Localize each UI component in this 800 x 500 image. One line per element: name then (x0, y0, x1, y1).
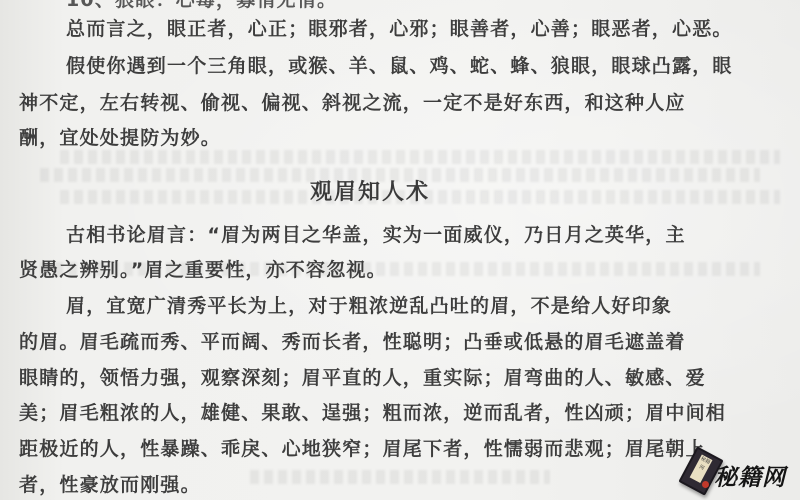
paragraph-line: 总而言之，眼正者，心正；眼邪者，心邪；眼善者，心善；眼恶者，心恶。 (66, 18, 733, 40)
watermark-brand-text: 秘籍网 (714, 459, 786, 492)
paragraph-line: 美；眉毛粗浓的人，雄健、果敢、逞强；粗而浓，逆而乱者，性凶顽；眉中间相 (19, 402, 726, 424)
book-label: 秘籍网 (690, 454, 713, 483)
paragraph-line: 酬，宜处处提防为妙。 (19, 127, 221, 149)
paragraph-line: 古相书论眉言：“眉为两目之华盖，实为一面威仪，乃日月之英华，主 (66, 224, 686, 246)
cut-off-line: 10、狼眼：心毒，寡情无情。 (66, 0, 337, 11)
paragraph-line: 者，性豪放而刚强。 (19, 474, 201, 496)
paragraph-line: 眼睛的，领悟力强，观察深刻；眉平直的人，重实际；眉弯曲的人、敏感、爱 (19, 367, 706, 389)
bleed-through-text (60, 150, 780, 164)
paragraph-line: 贤愚之辨别。”眉之重要性，亦不容忽视。 (19, 259, 387, 281)
section-heading: 观眉知人术 (310, 175, 430, 206)
scanned-book-page: 10、狼眼：心毒，寡情无情。 总而言之，眼正者，心正；眼邪者，心邪；眼善者，心善… (0, 0, 800, 500)
site-watermark: 秘籍网 秘籍网 (672, 447, 800, 500)
paragraph-line: 的眉。眉毛疏而秀、平而阔、秀而长者，性聪明；凸垂或低悬的眉毛遮盖着 (19, 331, 686, 353)
paragraph-line: 神不定，左右转视、偷视、偏视、斜视之流，一定不是好东西，和这种人应 (19, 92, 686, 114)
red-seal-icon (702, 481, 709, 488)
paragraph-line: 眉，宜宽广清秀平长为上，对于粗浓逆乱凸吐的眉，不是给人好印象 (66, 295, 672, 317)
paragraph-line: 假使你遇到一个三角眼，或猴、羊、鼠、鸡、蛇、蜂、狼眼，眼球凸露，眼 (66, 55, 733, 77)
paragraph-line: 距极近的人，性暴躁、乖戾、心地狭窄；眉尾下者，性懦弱而悲观；眉尾朝上 (19, 438, 706, 460)
bleed-through-text (250, 470, 550, 484)
